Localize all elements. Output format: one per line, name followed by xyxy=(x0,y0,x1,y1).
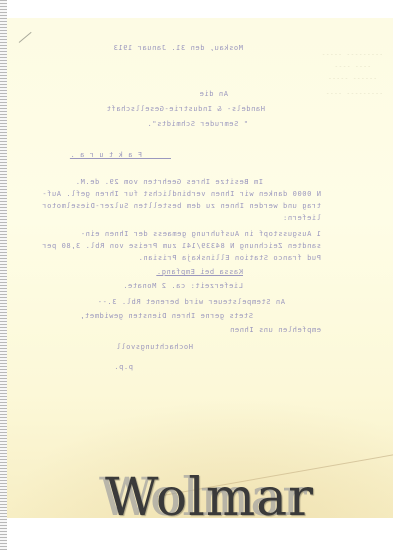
subject-heading: _ _ _ F a k t u r a . xyxy=(70,151,171,159)
body-line: Stets gerne Ihren Diensten gewidmet, xyxy=(80,312,253,320)
body-line: empfehlen uns Ihnen xyxy=(230,326,321,334)
body-line: liefern: xyxy=(282,214,321,222)
mirrored-typescript: Moskau, den 31. Januar 1913 An die Hande… xyxy=(7,18,393,518)
body-line: Lieferzeit: ca. 2 Monate. xyxy=(123,282,243,290)
closing-line: Hochachtungsvoll xyxy=(116,343,193,351)
bleed-through-text: ------ ----- xyxy=(328,75,377,82)
signature-mark: p.p. xyxy=(114,363,133,371)
body-line: 1 Ausgusstopf in Ausfuhrung gemaess der … xyxy=(80,230,321,238)
body-line: N 0000 danken wir Ihnen verbindlichst fu… xyxy=(42,190,321,198)
body-line: An Stempelsteuer wird berenet Rbl. 3.-- xyxy=(97,298,285,306)
bleed-through-text: --------- ----- xyxy=(321,51,383,58)
bleed-through-text: ---- ---- xyxy=(334,63,371,70)
bleed-through-text: --------- ---- xyxy=(325,90,383,97)
addressee-line-1: An die xyxy=(199,90,228,98)
body-line: Pud franco Station Ellinskaja Prisian. xyxy=(138,254,321,262)
body-line: Kassa bei Empfang. xyxy=(156,268,243,276)
body-line: sandten Zeichnung N 84339/141 zum Preise… xyxy=(42,242,321,250)
scan-ruler xyxy=(0,0,7,550)
body-line: Im Besitze Ihres Geehrten vom 29. de.M. xyxy=(75,178,263,186)
body-line: trag und werden Ihnen zu dem bestellten … xyxy=(42,202,321,210)
watermark-text: Wolmar xyxy=(105,468,314,528)
addressee-line-3: " Semruder Schmidts". xyxy=(147,120,248,128)
place-date: Moskau, den 31. Januar 1913 xyxy=(113,44,243,52)
addressee-line-2: Handels- & Industrie-Gesellschaft xyxy=(106,105,265,113)
